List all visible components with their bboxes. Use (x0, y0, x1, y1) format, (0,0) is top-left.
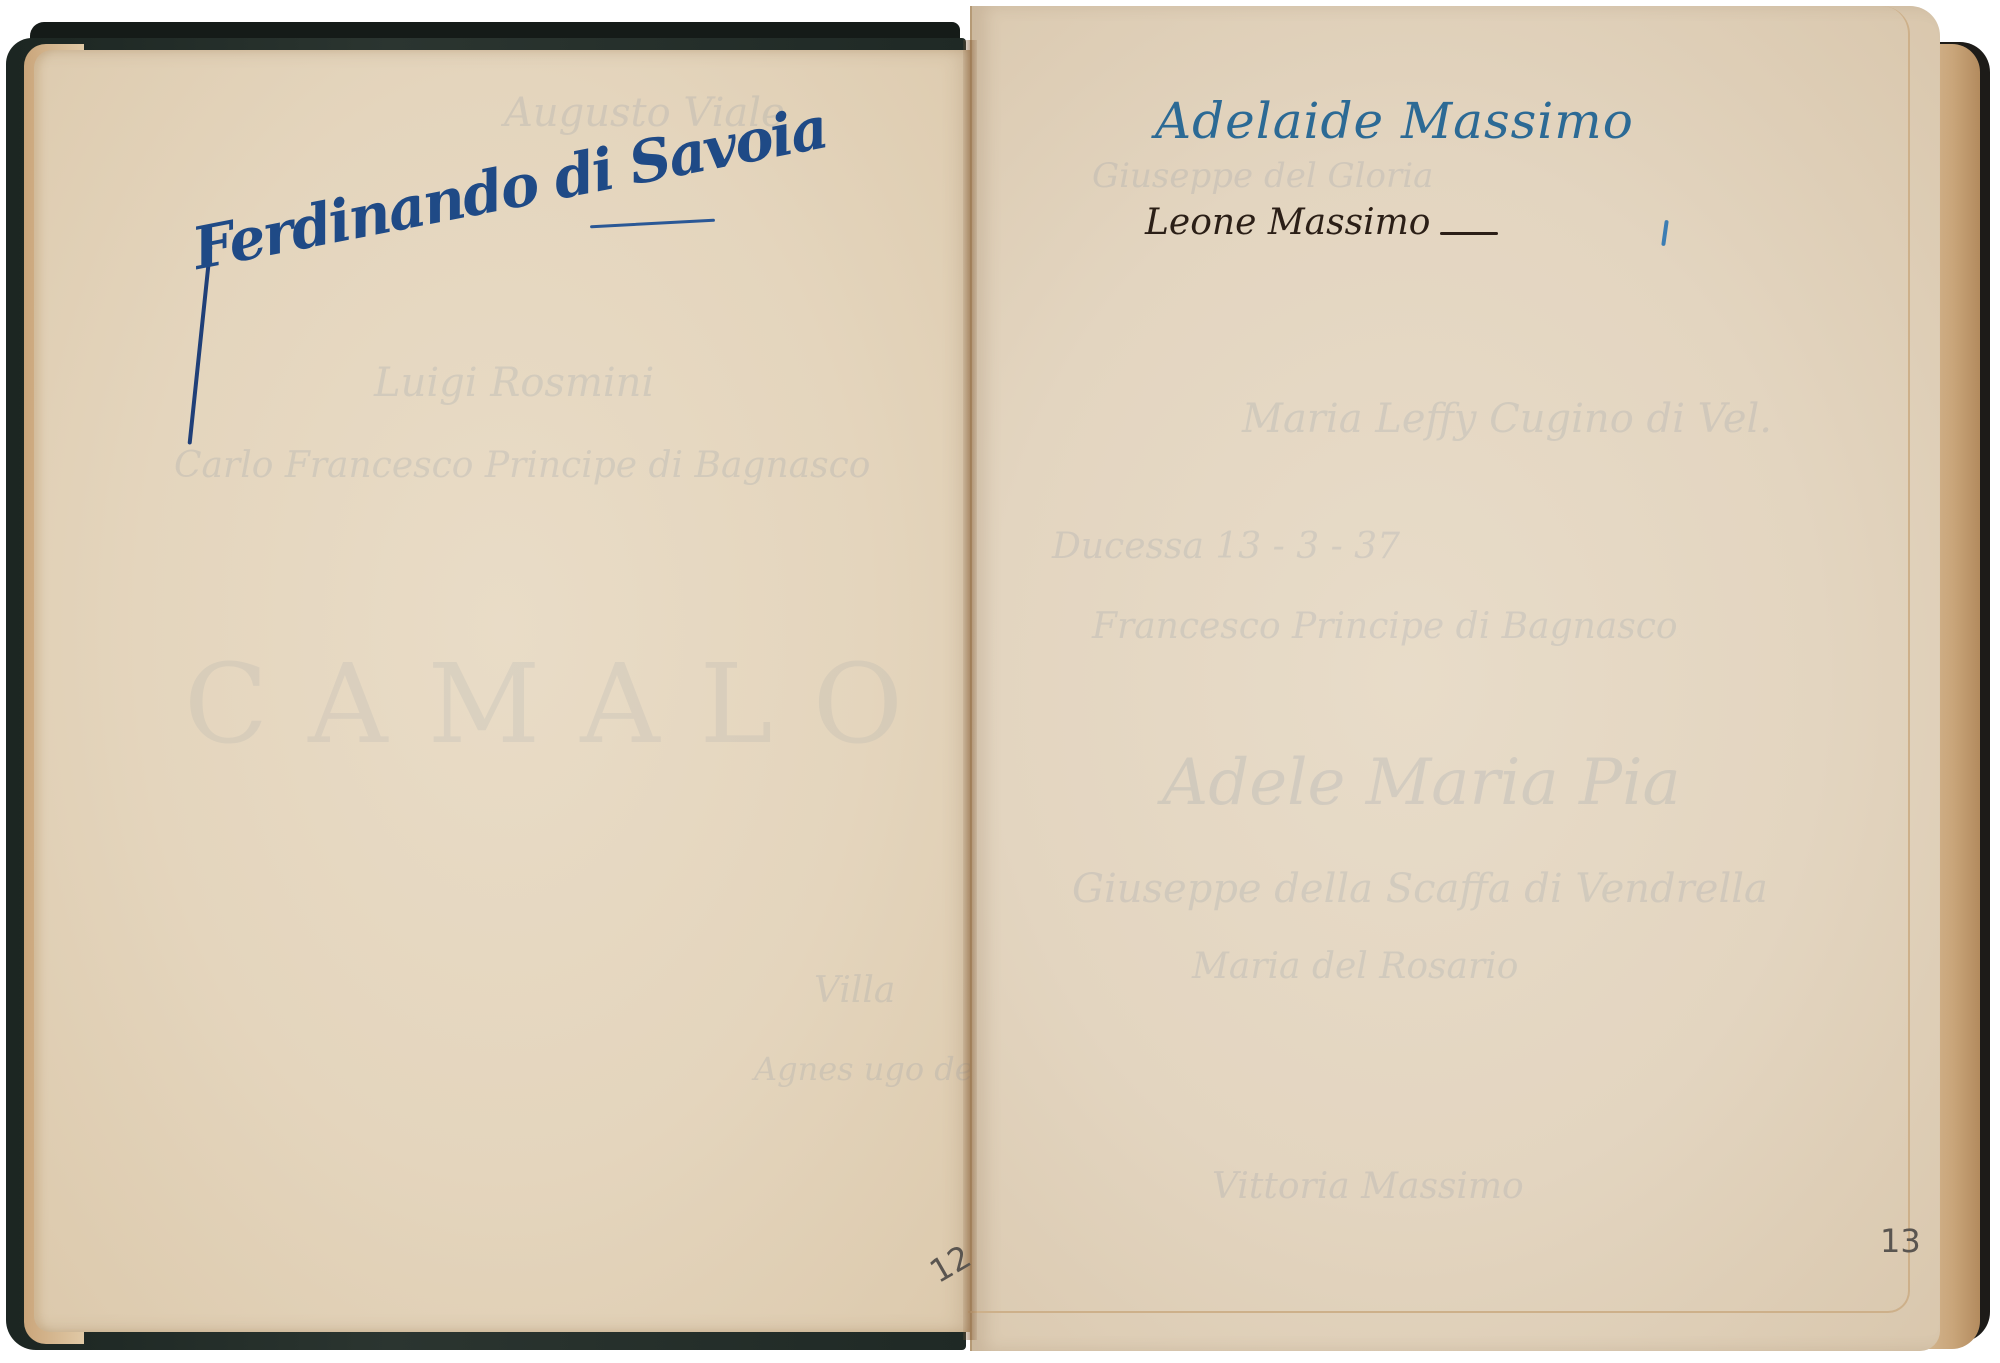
signature-dash (1440, 232, 1498, 235)
book-gutter (963, 40, 977, 1340)
bleed-through-text: Giuseppe del Gloria (1092, 156, 1433, 196)
bleed-through-text: Luigi Rosmini (374, 360, 654, 406)
bleed-through-text: Vittoria Massimo (1212, 1166, 1524, 1207)
bleed-through-text: Francesco Principe di Bagnasco (1092, 606, 1678, 647)
bleed-through-text: CAMALO (184, 640, 943, 768)
bleed-through-text: Adele Maria Pia (1162, 746, 1681, 820)
signature-adelaide-massimo: Adelaide Massimo (1155, 92, 1634, 150)
bleed-through-text: Maria del Rosario (1192, 946, 1518, 987)
bleed-through-text: Villa (814, 970, 895, 1011)
bleed-through-text: Maria Leffy Cugino di Vel. (1242, 396, 1772, 442)
left-page: Augusto Viale Luigi Rosmini Carlo France… (34, 50, 974, 1332)
right-page: Giuseppe del Gloria Maria Leffy Cugino d… (972, 6, 1940, 1351)
signature-leone-massimo: Leone Massimo (1145, 202, 1430, 243)
bleed-through-text: Giuseppe della Scaffa di Vendrella (1072, 866, 1768, 912)
page-number-right: 13 (1880, 1222, 1921, 1260)
open-notebook: Augusto Viale Luigi Rosmini Carlo France… (0, 0, 2000, 1363)
bleed-through-text: Ducessa 13 - 3 - 37 (1052, 526, 1400, 567)
bleed-through-text: Carlo Francesco Principe di Bagnasco (174, 445, 870, 486)
